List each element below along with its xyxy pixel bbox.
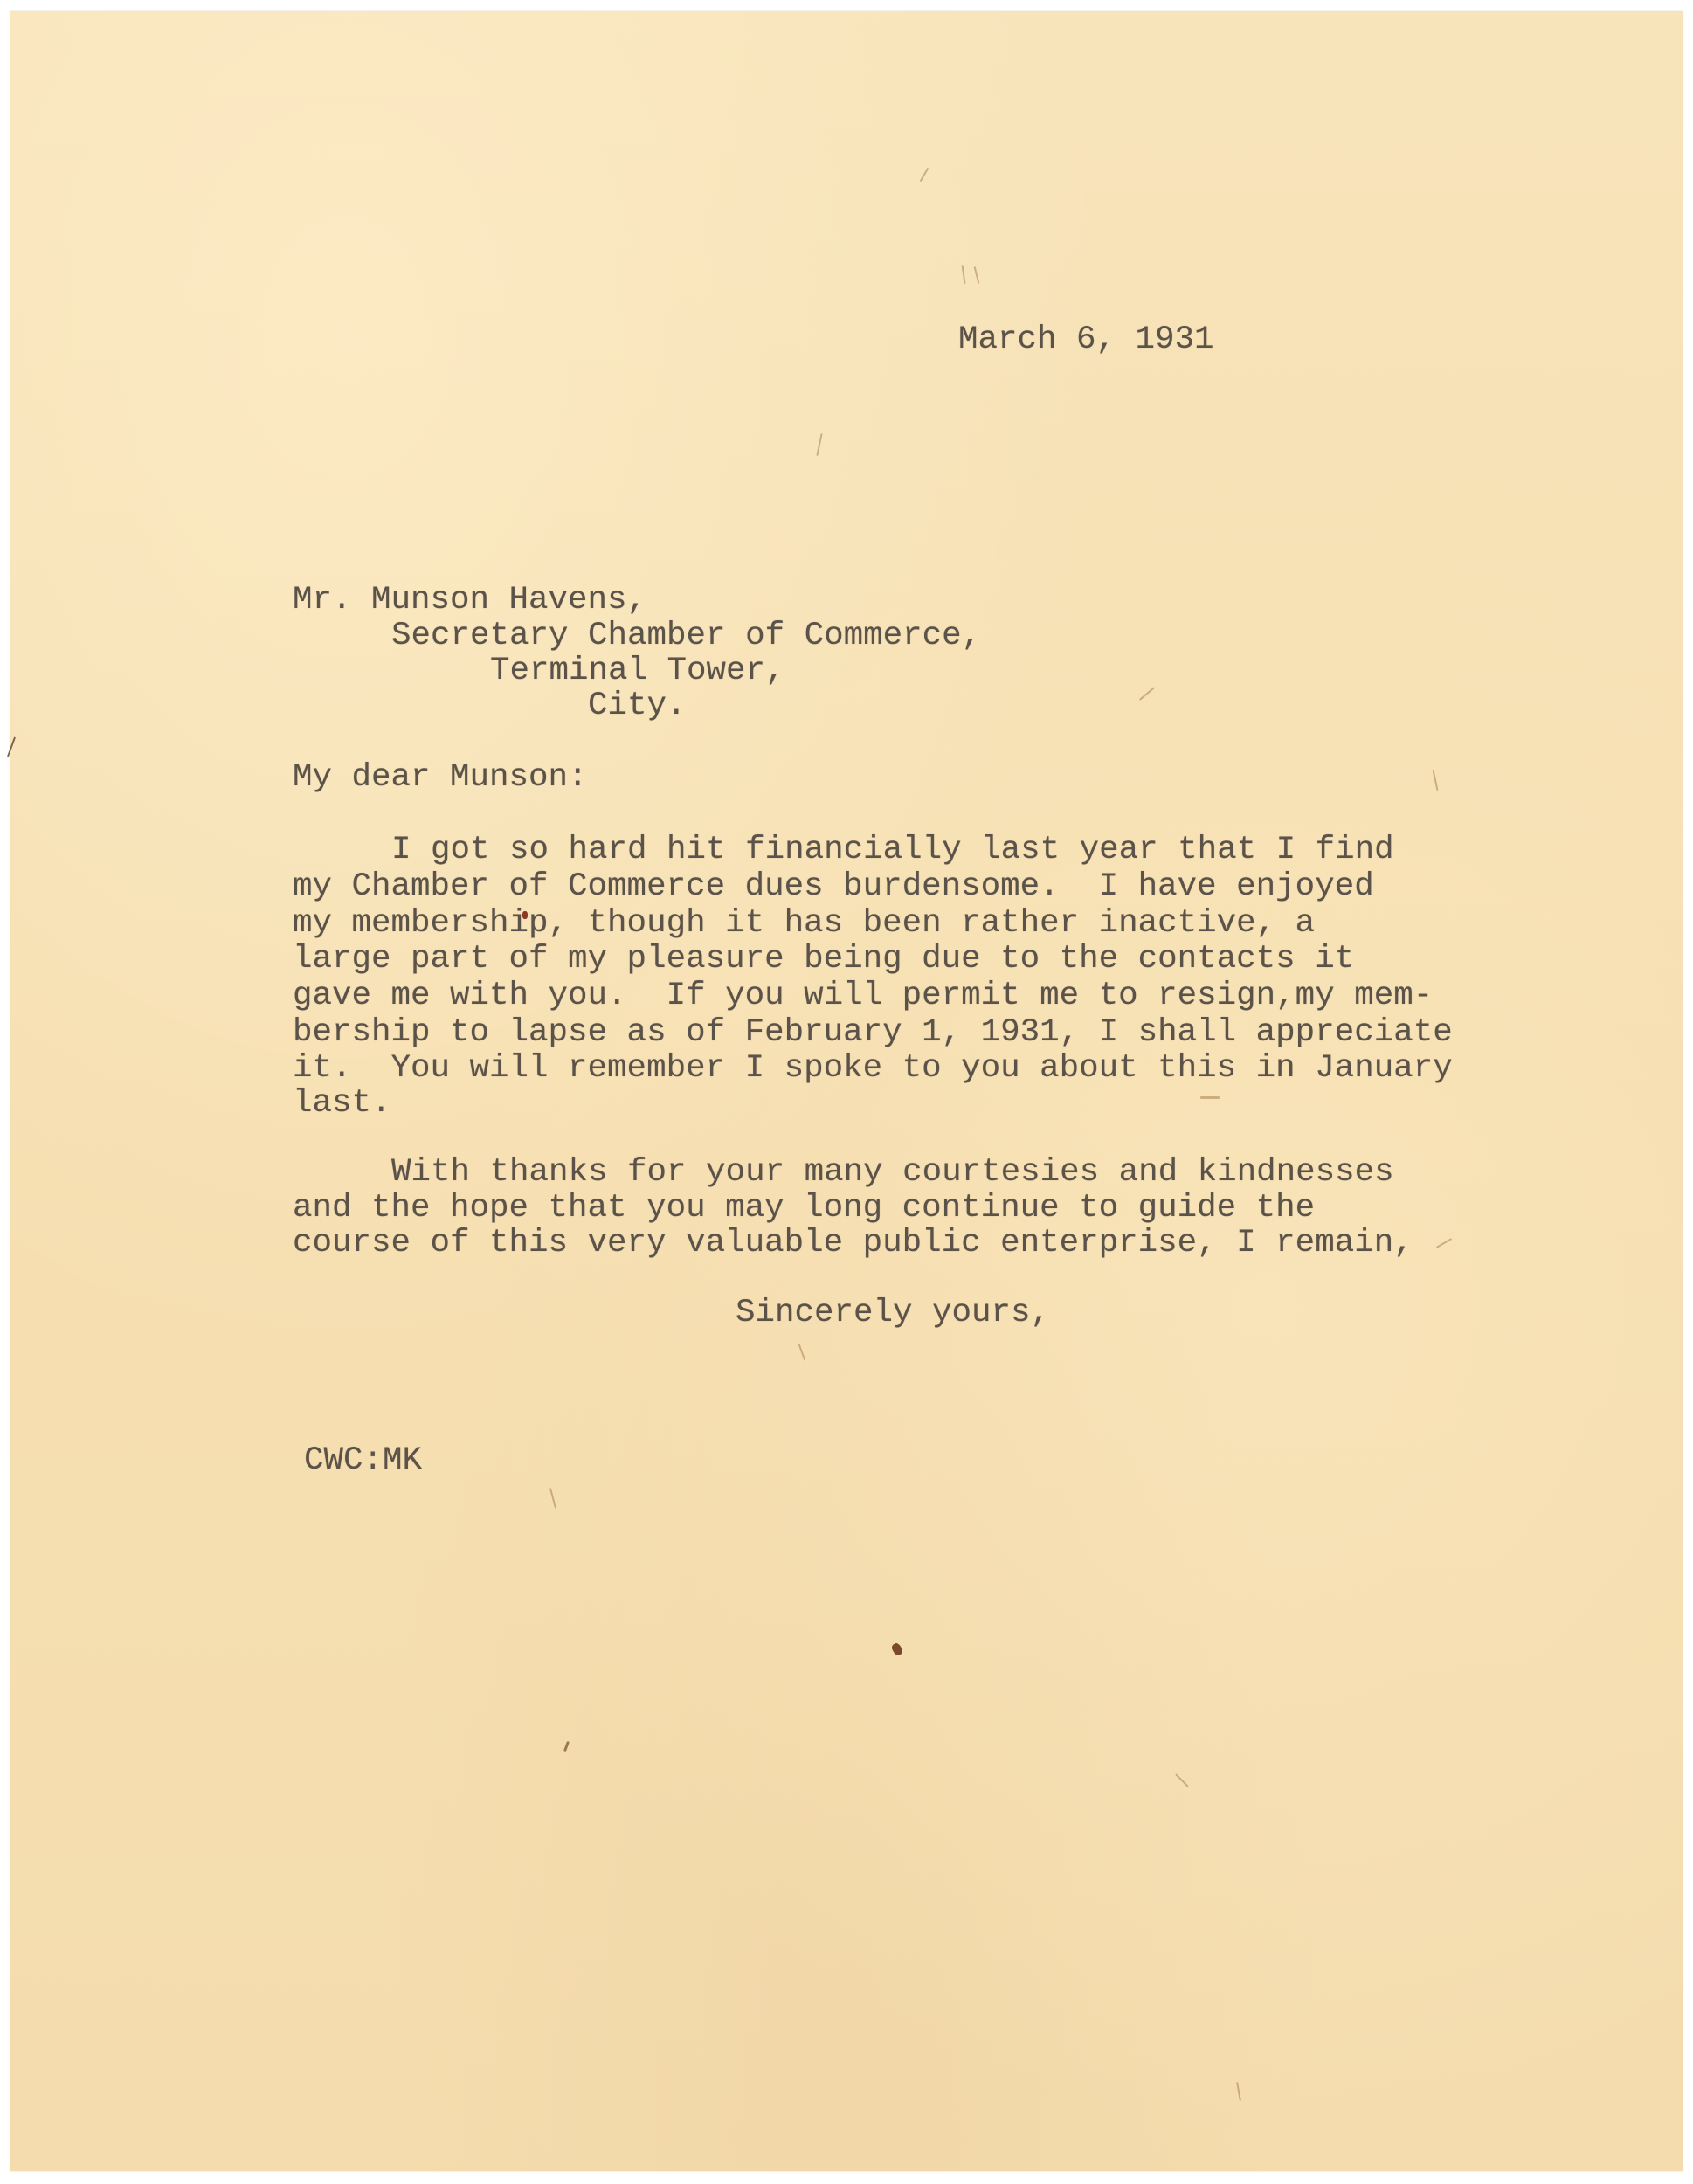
paper-fiber — [1433, 770, 1439, 791]
paper-fiber — [549, 1488, 556, 1509]
body-paragraph-2-line: course of this very valuable public ente… — [293, 1227, 1413, 1261]
recipient-title: Secretary Chamber of Commerce, — [391, 620, 981, 653]
closing: Sincerely yours, — [736, 1297, 1050, 1330]
paper-fiber — [1200, 1096, 1220, 1099]
body-paragraph-1-line: I got so hard hit financially last year … — [391, 834, 1394, 867]
body-paragraph-1-line: it. You will remember I spoke to you abo… — [293, 1053, 1453, 1086]
body-paragraph-1-line: bership to lapse as of February 1, 1931,… — [293, 1017, 1453, 1050]
ink-spot — [890, 1641, 904, 1656]
letter-date: March 6, 1931 — [958, 324, 1214, 357]
body-paragraph-1-line: my Chamber of Commerce dues burdensome. … — [293, 871, 1374, 904]
letter-paper: March 6, 1931 Mr. Munson Havens, Secreta… — [10, 11, 1683, 2171]
paper-fiber — [798, 1344, 806, 1360]
body-paragraph-1-line: large part of my pleasure being due to t… — [293, 943, 1354, 977]
body-paragraph-1-line: my membership, though it has been rather… — [293, 908, 1315, 941]
body-paragraph-1-line: last. — [293, 1088, 391, 1121]
body-paragraph-1-line: gave me with you. If you will permit me … — [293, 980, 1433, 1013]
paper-fiber — [920, 168, 929, 183]
recipient-name: Mr. Munson Havens, — [293, 584, 646, 618]
paper-fiber — [1175, 1773, 1189, 1787]
body-paragraph-2-line: and the hope that you may long continue … — [293, 1192, 1315, 1226]
paper-fiber — [974, 266, 980, 284]
paper-fiber — [1236, 2082, 1241, 2101]
paper-fiber — [816, 433, 822, 456]
recipient-city: City. — [588, 690, 687, 723]
paper-fiber — [7, 736, 16, 757]
recipient-building: Terminal Tower, — [490, 655, 785, 688]
paper-speck — [563, 1741, 570, 1752]
paper-fiber — [961, 265, 965, 284]
paper-fiber — [1139, 687, 1155, 701]
reference-initials: CWC:MK — [304, 1445, 422, 1478]
body-paragraph-2-line: With thanks for your many courtesies and… — [391, 1157, 1394, 1190]
paper-fiber — [1436, 1238, 1452, 1248]
salutation: My dear Munson: — [293, 762, 588, 795]
